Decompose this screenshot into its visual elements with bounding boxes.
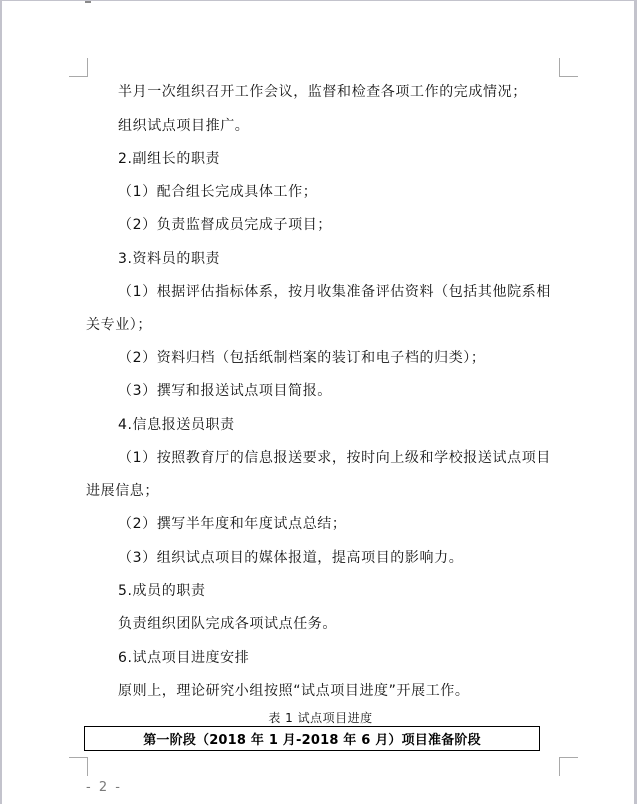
paragraph-line: 原则上，理论研究小组按照“试点项目进度”开展工作。 [118,683,470,699]
document-page: 半月一次组织召开工作会议，监督和检查各项工作的完成情况； 组织试点项目推广。 2… [0,0,637,804]
paragraph-line: 负责组织团队完成各项试点任务。 [118,616,337,632]
section-heading: 3.资料员的职责 [118,251,220,267]
list-item: （2）负责监督成员完成子项目； [118,217,332,233]
page-number: - 2 - [86,780,122,795]
crop-mark-bottom-right [559,757,578,776]
crop-mark-bottom-left [69,757,88,776]
list-item: （1）根据评估指标体系，按月收集准备评估资料（包括其他院系相 [118,284,551,300]
list-item: （3）撰写和报送试点项目简报。 [118,383,332,399]
crop-mark-top-right [559,58,578,77]
table-header-cell: 第一阶段（2018 年 1 月-2018 年 6 月）项目准备阶段 [143,729,481,748]
section-heading: 5.成员的职责 [118,583,206,599]
paragraph-line: 组织试点项目推广。 [118,118,249,134]
list-item-continuation: 关专业）； [86,317,152,333]
progress-table: 第一阶段（2018 年 1 月-2018 年 6 月）项目准备阶段 [84,726,540,751]
list-item-continuation: 进展信息； [86,483,159,499]
section-heading: 4.信息报送员职责 [118,417,235,433]
section-heading: 2.副组长的职责 [118,151,220,167]
list-item: （1）按照教育厅的信息报送要求，按时向上级和学校报送试点项目 [118,450,551,466]
list-item: （1）配合组长完成具体工作； [118,184,317,200]
list-item: （2）资料归档（包括纸制档案的装订和电子档的归类）； [118,350,486,366]
list-item: （2）撰写半年度和年度试点总结； [118,516,347,532]
list-item: （3）组织试点项目的媒体报道，提高项目的影响力。 [118,550,463,566]
section-heading: 6.试点项目进度安排 [118,650,249,666]
paragraph-line: 半月一次组织召开工作会议，监督和检查各项工作的完成情况； [118,84,527,100]
crop-mark-top-left [69,58,88,77]
table-caption: 表 1 试点项目进度 [2,709,637,726]
ruler-marker [85,1,91,3]
